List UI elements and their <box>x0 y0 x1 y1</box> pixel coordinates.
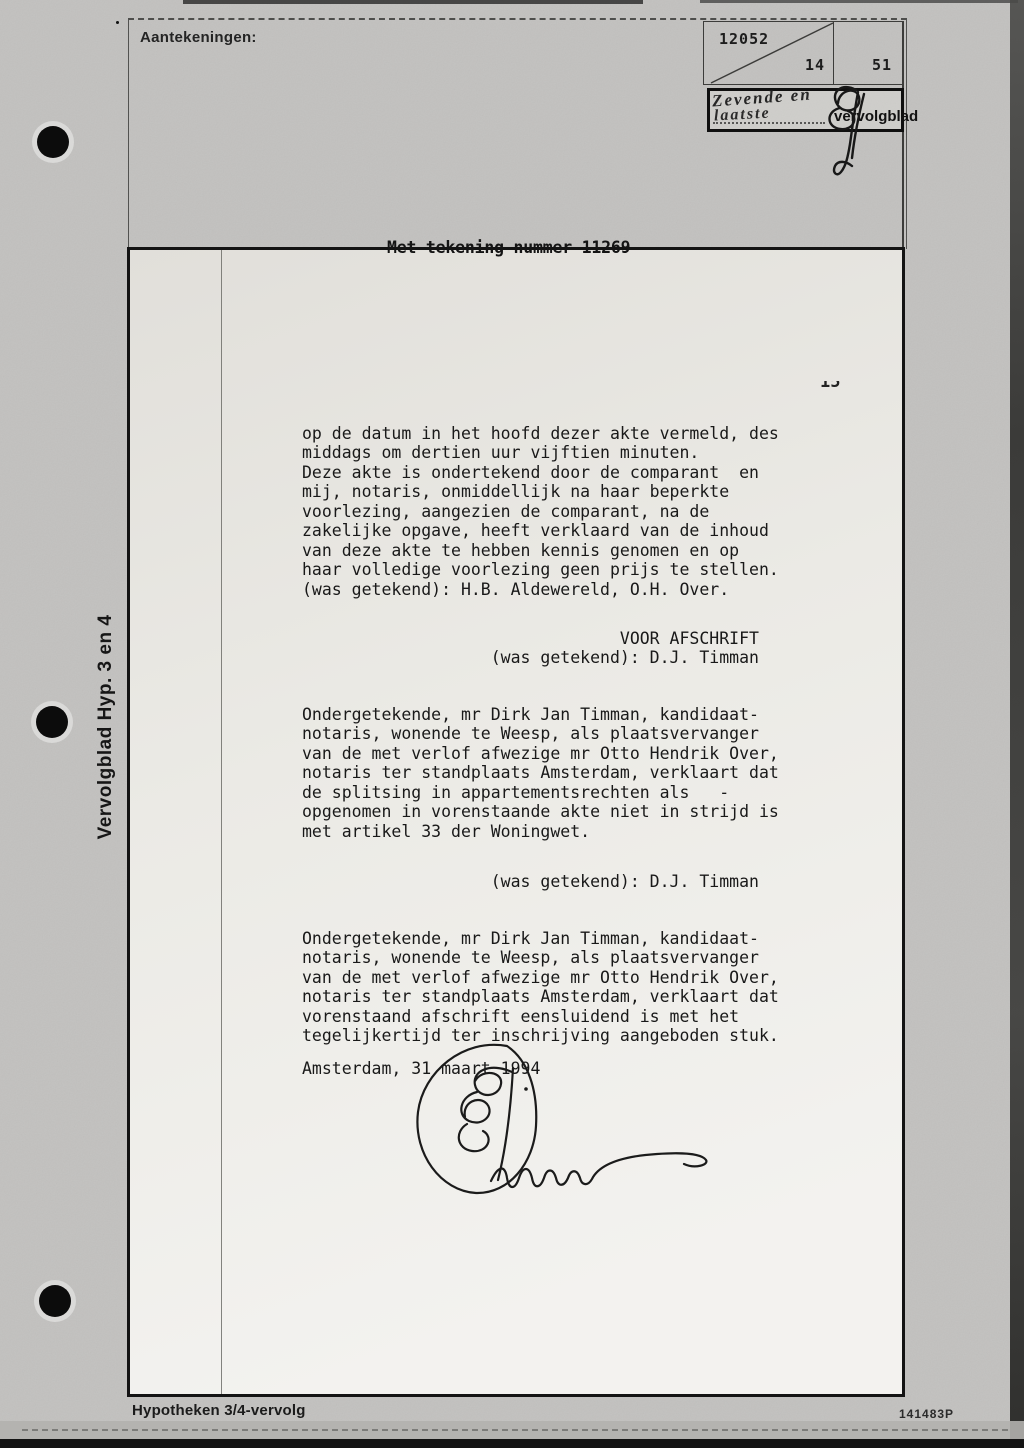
signature <box>395 1032 735 1207</box>
document-margin-rule <box>221 250 222 1394</box>
registry-left-value: 14 <box>805 56 825 74</box>
punch-hole <box>37 126 69 158</box>
footer-form-code: 141483P <box>899 1407 954 1421</box>
punch-hole <box>36 706 68 738</box>
notes-label: Aantekeningen: <box>140 29 257 46</box>
stamp-handwritten-text: laatste <box>714 105 772 126</box>
declaration-afschrift-block: Ondergetekende, mr Dirk Jan Timman, kand… <box>302 929 779 1046</box>
voor-afschrift-block: VOOR AFSCHRIFT (was getekend): D.J. Timm… <box>302 629 759 668</box>
struck-through-header: Met tekening nummer 11269 <box>387 238 630 257</box>
declaration-splitsing-block: Ondergetekende, mr Dirk Jan Timman, kand… <box>302 705 779 841</box>
scan-bottom-dashed-line <box>22 1429 1008 1431</box>
punch-hole <box>39 1285 71 1317</box>
scanned-notarial-deed-page: Aantekeningen: 12052 14 51 Zevende en la… <box>0 0 1024 1448</box>
page-number-fragment: 15 <box>820 381 854 394</box>
footer-form-title: Hypotheken 3/4-vervolg <box>132 1402 306 1419</box>
scan-bottom-edge <box>0 1439 1024 1448</box>
scan-speck <box>116 21 119 24</box>
closing-clause-block: op de datum in het hoofd dezer akte verm… <box>302 424 779 599</box>
scan-edge-artifact <box>700 0 1018 3</box>
deed-number: 12052 <box>719 30 769 48</box>
registry-right-value: 51 <box>872 56 892 74</box>
pen-scribble <box>812 78 912 188</box>
was-getekend-block: (was getekend): D.J. Timman <box>302 872 759 891</box>
scan-edge-artifact <box>183 0 643 4</box>
scan-edge-strip <box>1010 0 1024 1448</box>
side-label-vervolgblad: Vervolgblad Hyp. 3 en 4 <box>95 615 117 840</box>
